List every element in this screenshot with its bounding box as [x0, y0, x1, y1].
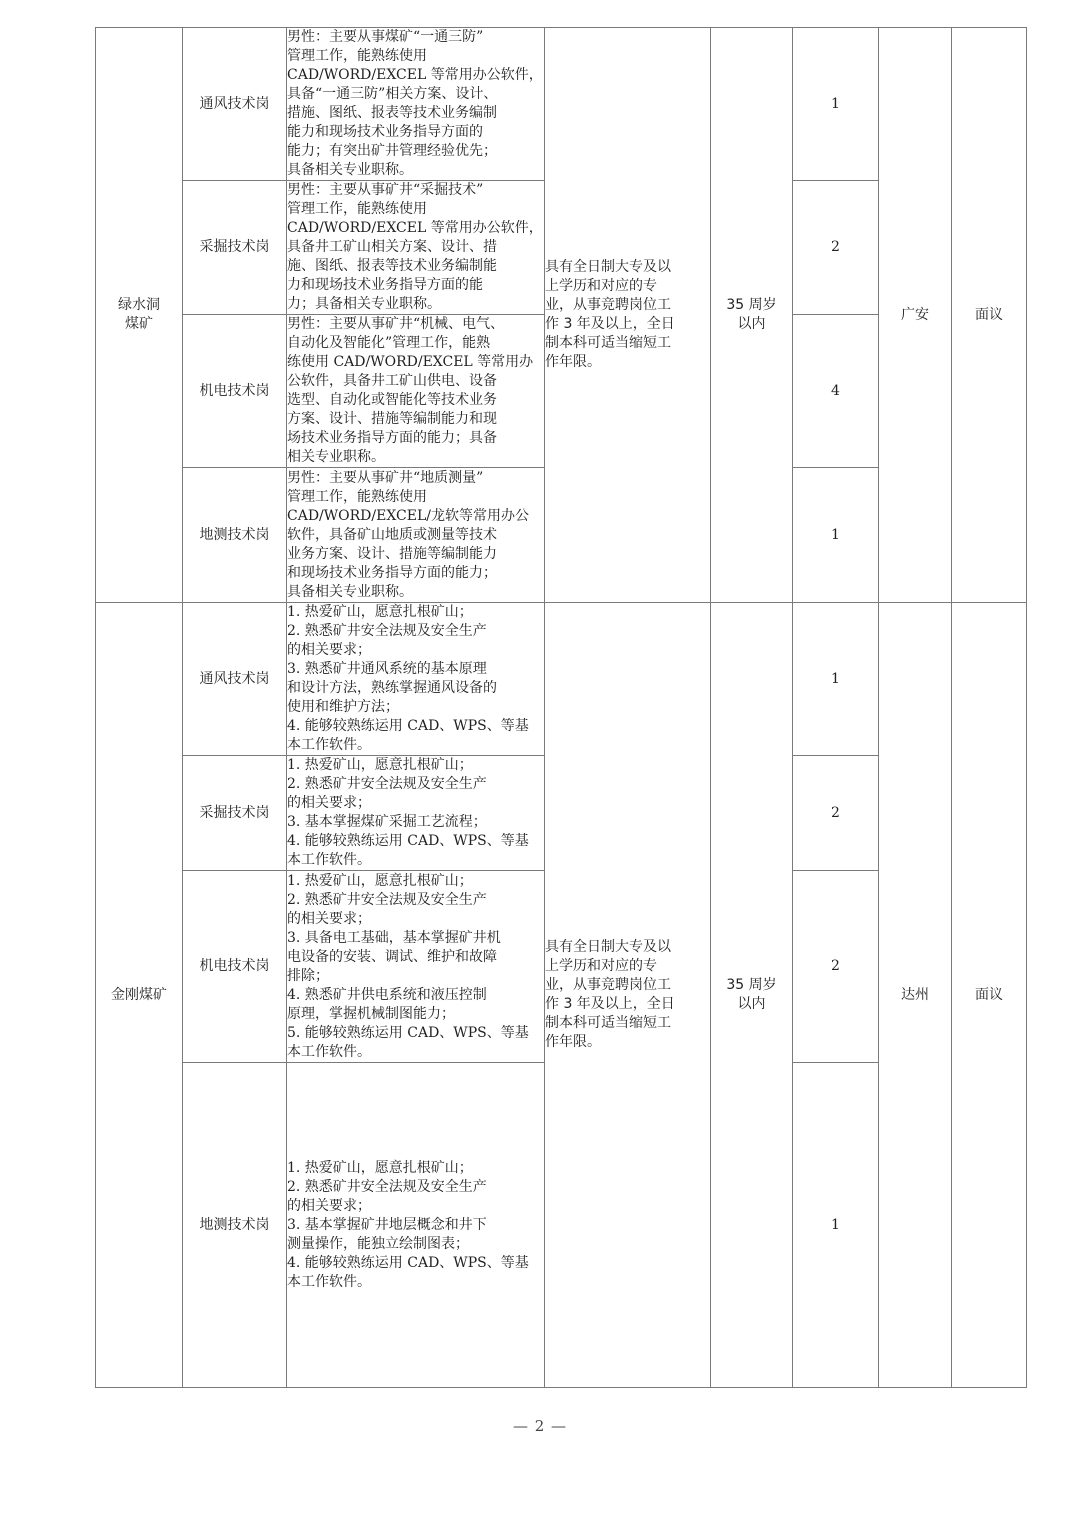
requirement-line: CAD/WORD/EXCEL 等常用办公软件，	[287, 66, 544, 85]
requirement-line: 能力和现场技术业务指导方面的	[287, 123, 544, 142]
age-line: 35 周岁	[711, 976, 792, 995]
table-row: 金刚煤矿 通风技术岗 1. 热爱矿山，愿意扎根矿山； 2. 熟悉矿井安全法规及安…	[96, 603, 1027, 756]
salary-method: 面议	[952, 28, 1027, 603]
education-line: 作 3 年及以上，全日	[545, 995, 710, 1014]
requirement-line: 公软件，具备井工矿山供电、设备	[287, 372, 544, 391]
requirement-line: 本工作软件。	[287, 851, 544, 870]
mine-name-line: 金刚煤矿	[96, 986, 182, 1005]
education-line: 具有全日制大专及以	[545, 258, 710, 277]
requirement-line: CAD/WORD/EXCEL/龙软等常用办公	[287, 507, 544, 526]
requirement-line: 练使用 CAD/WORD/EXCEL 等常用办	[287, 353, 544, 372]
requirement-line: 3. 基本掌握矿井地层概念和井下	[287, 1216, 544, 1235]
mine-name-line: 煤矿	[96, 315, 182, 334]
requirement-line: 测量操作，能独立绘制图表；	[287, 1235, 544, 1254]
requirement-line: 的相关要求；	[287, 1197, 544, 1216]
mine-name-line: 绿水洞	[96, 296, 182, 315]
requirement-line: 本工作软件。	[287, 736, 544, 755]
headcount: 1	[793, 1063, 879, 1388]
requirement-line: 使用和维护方法；	[287, 698, 544, 717]
requirement-line: 4. 熟悉矿井供电系统和液压控制	[287, 986, 544, 1005]
requirement-line: 本工作软件。	[287, 1273, 544, 1292]
age-line: 以内	[711, 315, 792, 334]
education-line: 业，从事竞聘岗位工	[545, 296, 710, 315]
mine-name-cell: 金刚煤矿	[96, 603, 183, 1388]
requirements-cell: 1. 热爱矿山，愿意扎根矿山； 2. 熟悉矿井安全法规及安全生产 的相关要求； …	[287, 1063, 545, 1388]
position-title: 机电技术岗	[183, 315, 287, 468]
headcount: 4	[793, 315, 879, 468]
headcount: 1	[793, 603, 879, 756]
requirement-line: 2. 熟悉矿井安全法规及安全生产	[287, 622, 544, 641]
requirement-line: 施、图纸、报表等技术业务编制能	[287, 257, 544, 276]
position-title: 地测技术岗	[183, 468, 287, 603]
requirement-line: 2. 熟悉矿井安全法规及安全生产	[287, 775, 544, 794]
requirements-cell: 男性：主要从事煤矿“一通三防” 管理工作，能熟练使用 CAD/WORD/EXCE…	[287, 28, 545, 181]
requirement-line: 自动化及智能化”管理工作，能熟	[287, 334, 544, 353]
requirement-line: 相关专业职称。	[287, 448, 544, 467]
education-line: 业，从事竞聘岗位工	[545, 976, 710, 995]
recruitment-table: 绿水洞 煤矿 通风技术岗 男性：主要从事煤矿“一通三防” 管理工作，能熟练使用 …	[95, 27, 1027, 1388]
requirement-line: 场技术业务指导方面的能力；具备	[287, 429, 544, 448]
headcount: 1	[793, 28, 879, 181]
position-title: 机电技术岗	[183, 871, 287, 1063]
requirement-line: 力和现场技术业务指导方面的能	[287, 276, 544, 295]
headcount: 2	[793, 756, 879, 871]
position-title: 通风技术岗	[183, 28, 287, 181]
position-title: 采掘技术岗	[183, 756, 287, 871]
education-line: 制本科可适当缩短工	[545, 334, 710, 353]
position-title: 地测技术岗	[183, 1063, 287, 1388]
requirements-cell: 1. 热爱矿山，愿意扎根矿山； 2. 熟悉矿井安全法规及安全生产 的相关要求； …	[287, 603, 545, 756]
education-line: 上学历和对应的专	[545, 957, 710, 976]
requirement-line: 原理，掌握机械制图能力；	[287, 1005, 544, 1024]
requirement-line: 和设计方法，熟练掌握通风设备的	[287, 679, 544, 698]
requirement-line: 选型、自动化或智能化等技术业务	[287, 391, 544, 410]
requirements-cell: 1. 热爱矿山，愿意扎根矿山； 2. 熟悉矿井安全法规及安全生产 的相关要求； …	[287, 871, 545, 1063]
requirement-line: 1. 热爱矿山，愿意扎根矿山；	[287, 1159, 544, 1178]
education-line: 作年限。	[545, 1033, 710, 1052]
page-number: — 2 —	[0, 1417, 1080, 1435]
headcount: 1	[793, 468, 879, 603]
education-line: 制本科可适当缩短工	[545, 1014, 710, 1033]
requirement-line: 管理工作，能熟练使用	[287, 488, 544, 507]
age-line: 以内	[711, 995, 792, 1014]
requirement-line: 2. 熟悉矿井安全法规及安全生产	[287, 1178, 544, 1197]
requirement-line: 本工作软件。	[287, 1043, 544, 1062]
requirement-line: 方案、设计、措施等编制能力和现	[287, 410, 544, 429]
requirement-line: 业务方案、设计、措施等编制能力	[287, 545, 544, 564]
requirement-line: 的相关要求；	[287, 641, 544, 660]
work-location: 达州	[879, 603, 952, 1388]
headcount: 2	[793, 871, 879, 1063]
requirement-line: 男性：主要从事矿井“机械、电气、	[287, 315, 544, 334]
requirement-line: 3. 基本掌握煤矿采掘工艺流程；	[287, 813, 544, 832]
requirement-line: 具备相关专业职称。	[287, 583, 544, 602]
salary-method: 面议	[952, 603, 1027, 1388]
position-title: 采掘技术岗	[183, 181, 287, 315]
requirement-line: 电设备的安装、调试、维护和故障	[287, 948, 544, 967]
requirement-line: 4. 能够较熟练运用 CAD、WPS、等基	[287, 717, 544, 736]
requirement-line: 的相关要求；	[287, 910, 544, 929]
requirement-line: 3. 具备电工基础，基本掌握矿井机	[287, 929, 544, 948]
education-line: 具有全日制大专及以	[545, 938, 710, 957]
requirement-line: 2. 熟悉矿井安全法规及安全生产	[287, 891, 544, 910]
requirement-line: 排除；	[287, 967, 544, 986]
requirements-cell: 男性：主要从事矿井“机械、电气、 自动化及智能化”管理工作，能熟 练使用 CAD…	[287, 315, 545, 468]
requirement-line: 1. 热爱矿山，愿意扎根矿山；	[287, 603, 544, 622]
work-location: 广安	[879, 28, 952, 603]
requirement-line: 和现场技术业务指导方面的能力；	[287, 564, 544, 583]
requirement-line: 具备相关专业职称。	[287, 161, 544, 180]
requirement-line: 管理工作，能熟练使用	[287, 200, 544, 219]
position-title: 通风技术岗	[183, 603, 287, 756]
age-limit-cell: 35 周岁 以内	[711, 603, 793, 1388]
age-line: 35 周岁	[711, 296, 792, 315]
requirement-line: 管理工作，能熟练使用	[287, 47, 544, 66]
education-line: 作 3 年及以上，全日	[545, 315, 710, 334]
requirement-line: 4. 能够较熟练运用 CAD、WPS、等基	[287, 832, 544, 851]
requirement-line: 具备井工矿山相关方案、设计、措	[287, 238, 544, 257]
education-line: 作年限。	[545, 353, 710, 372]
requirement-line: 3. 熟悉矿井通风系统的基本原理	[287, 660, 544, 679]
requirement-line: 1. 热爱矿山，愿意扎根矿山；	[287, 872, 544, 891]
requirement-line: 措施、图纸、报表等技术业务编制	[287, 104, 544, 123]
requirement-line: 的相关要求；	[287, 794, 544, 813]
education-line: 上学历和对应的专	[545, 277, 710, 296]
mine-name-cell: 绿水洞 煤矿	[96, 28, 183, 603]
requirement-line: 具备“一通三防”相关方案、设计、	[287, 85, 544, 104]
requirements-cell: 1. 热爱矿山，愿意扎根矿山； 2. 熟悉矿井安全法规及安全生产 的相关要求； …	[287, 756, 545, 871]
requirement-line: 软件，具备矿山地质或测量等技术	[287, 526, 544, 545]
requirements-cell: 男性：主要从事矿井“地质测量” 管理工作，能熟练使用 CAD/WORD/EXCE…	[287, 468, 545, 603]
requirement-line: 男性：主要从事矿井“采掘技术”	[287, 181, 544, 200]
requirement-line: CAD/WORD/EXCEL 等常用办公软件，	[287, 219, 544, 238]
requirement-line: 男性：主要从事矿井“地质测量”	[287, 469, 544, 488]
education-requirement-cell: 具有全日制大专及以 上学历和对应的专 业，从事竞聘岗位工 作 3 年及以上，全日…	[545, 28, 711, 603]
requirement-line: 男性：主要从事煤矿“一通三防”	[287, 28, 544, 47]
headcount: 2	[793, 181, 879, 315]
age-limit-cell: 35 周岁 以内	[711, 28, 793, 603]
requirement-line: 4. 能够较熟练运用 CAD、WPS、等基	[287, 1254, 544, 1273]
requirement-line: 能力；有突出矿井管理经验优先；	[287, 142, 544, 161]
requirement-line: 力；具备相关专业职称。	[287, 295, 544, 314]
requirement-line: 1. 热爱矿山，愿意扎根矿山；	[287, 756, 544, 775]
requirements-cell: 男性：主要从事矿井“采掘技术” 管理工作，能熟练使用 CAD/WORD/EXCE…	[287, 181, 545, 315]
requirement-line: 5. 能够较熟练运用 CAD、WPS、等基	[287, 1024, 544, 1043]
table-row: 绿水洞 煤矿 通风技术岗 男性：主要从事煤矿“一通三防” 管理工作，能熟练使用 …	[96, 28, 1027, 181]
education-requirement-cell: 具有全日制大专及以 上学历和对应的专 业，从事竞聘岗位工 作 3 年及以上，全日…	[545, 603, 711, 1388]
